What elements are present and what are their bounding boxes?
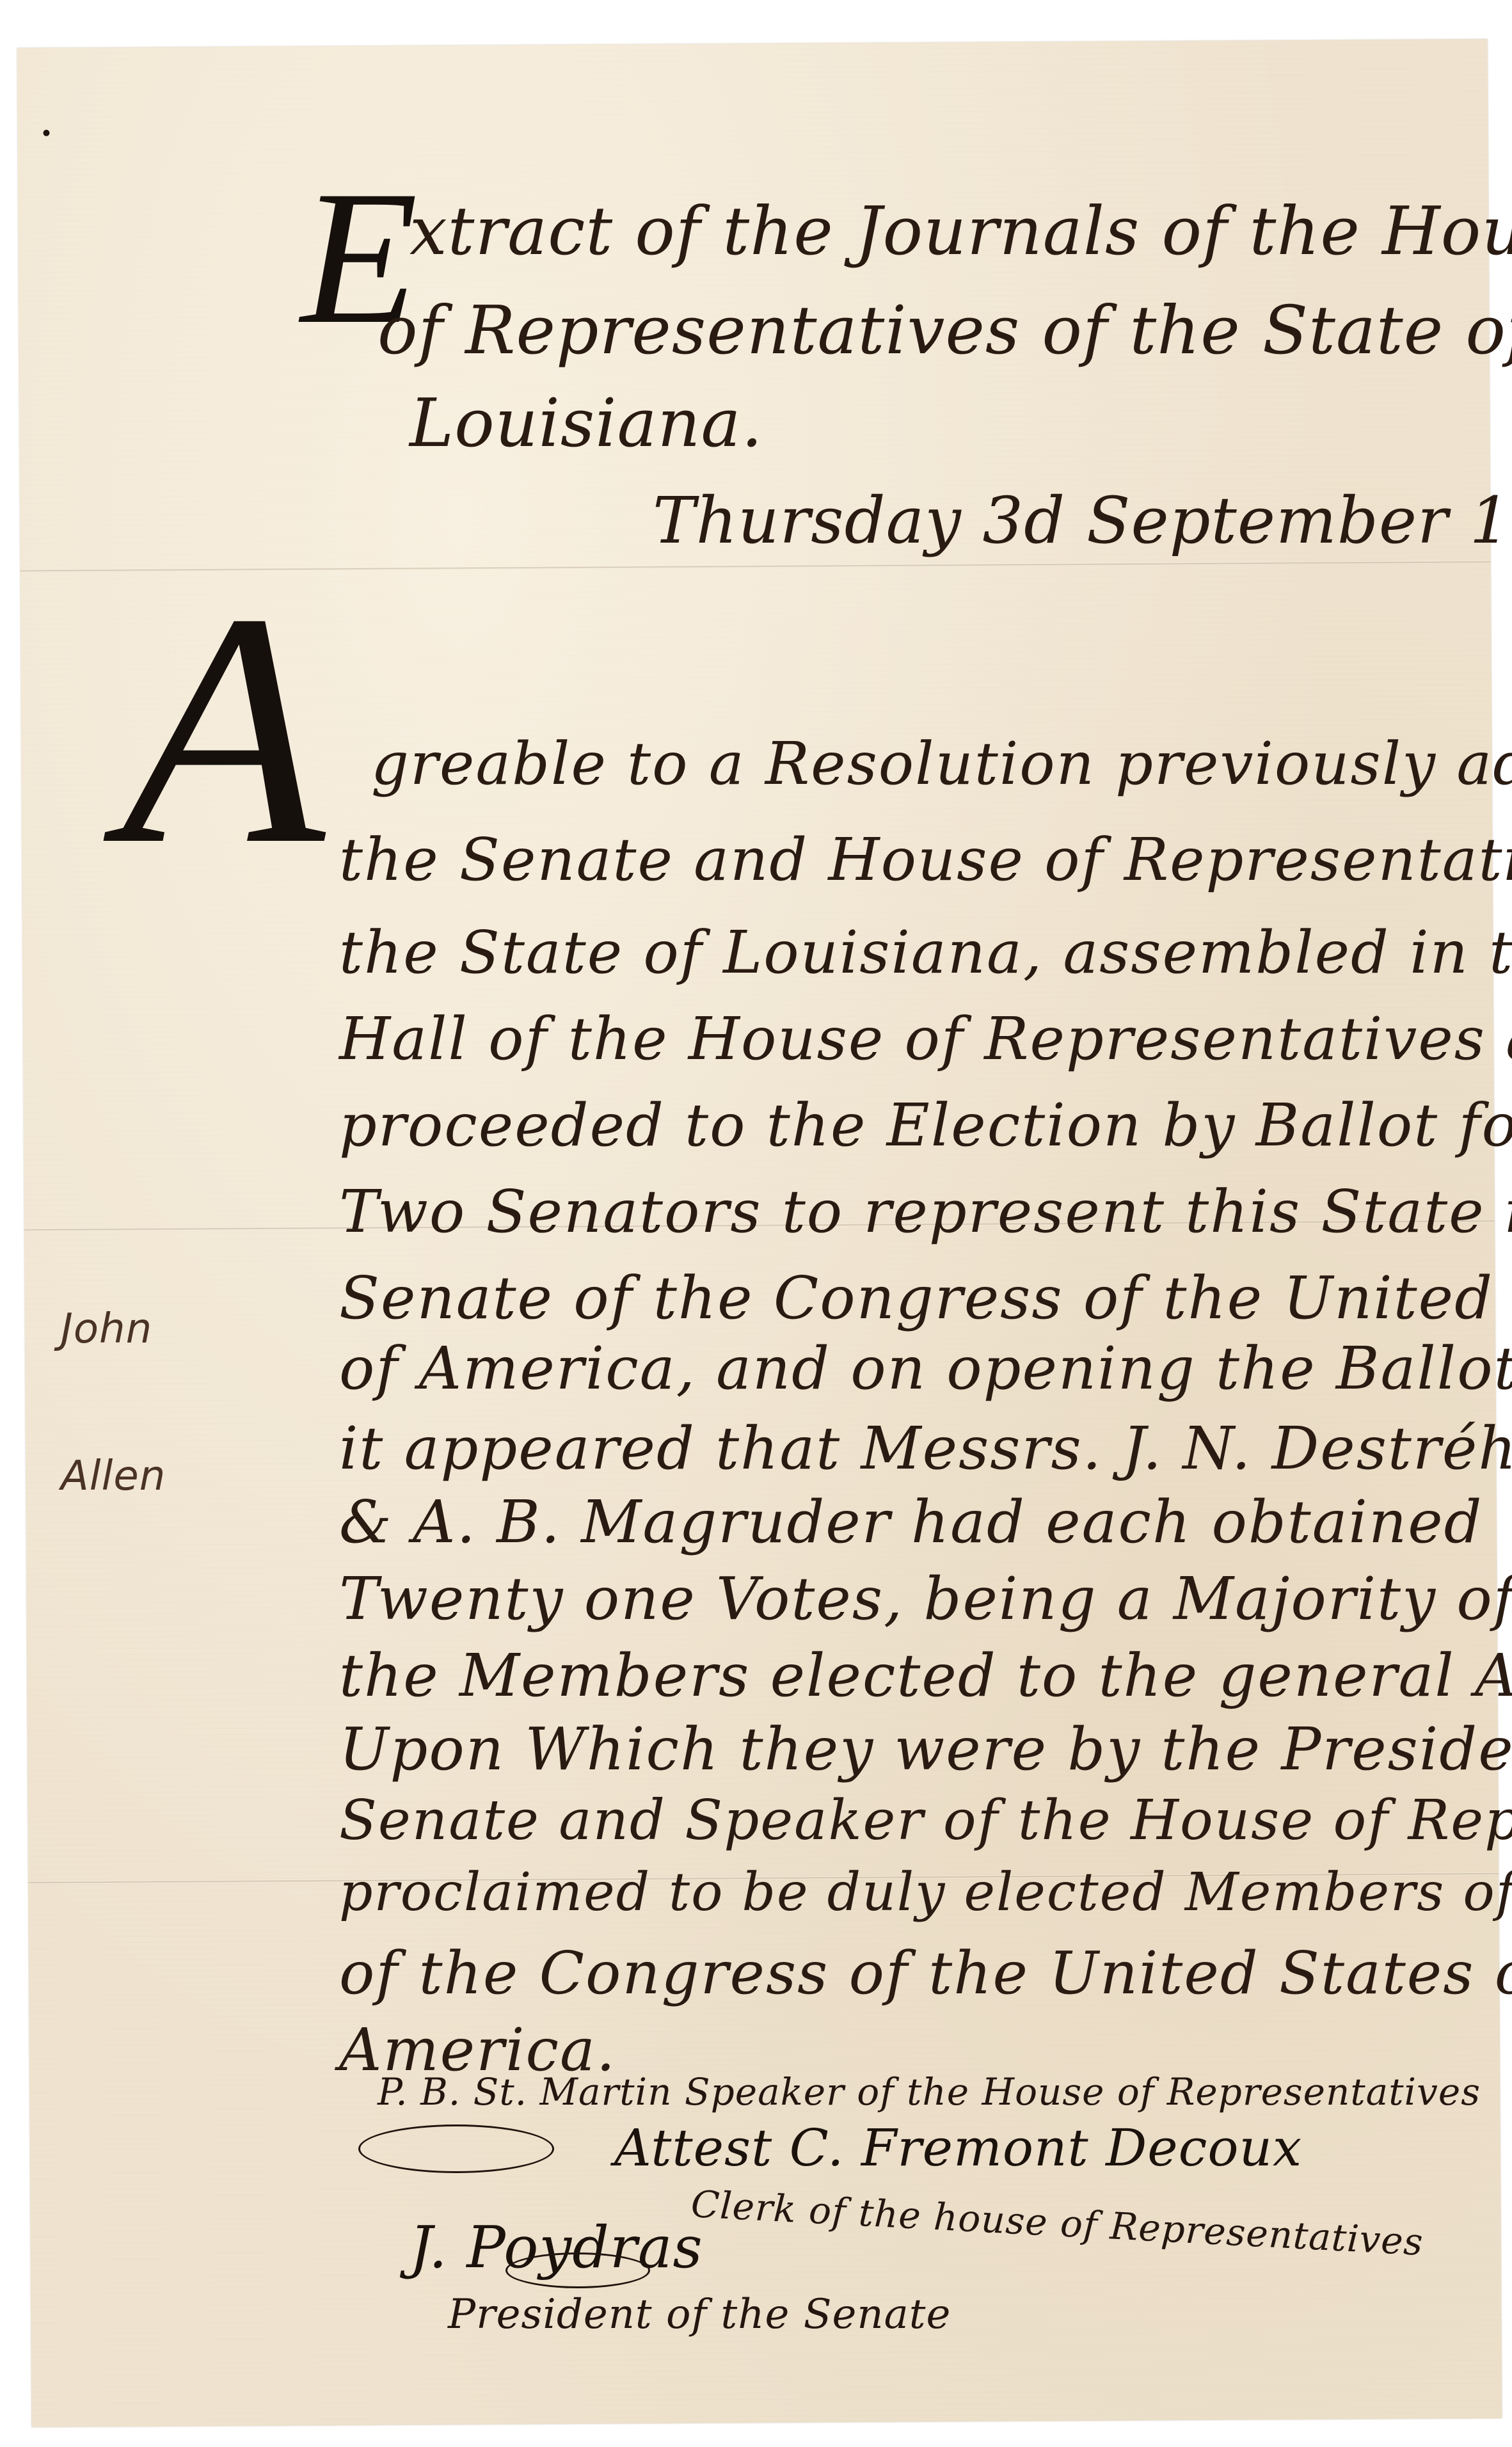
body-line: the State of Louisiana, assembled in the (339, 918, 1512, 987)
body-line: of the Congress of the United States of (339, 1939, 1512, 2007)
signature-flourish-icon (358, 2124, 554, 2173)
body-line: proceeded to the Election by Ballot for … (339, 1091, 1512, 1160)
body-line: the Members elected to the general Assem… (339, 1641, 1512, 1710)
president-title: President of the Senate (448, 2291, 951, 2338)
body-initial: A (122, 563, 325, 896)
attest-signature: Attest C. Fremont Decoux (614, 2118, 1302, 2178)
body-line: greable to a Resolution previously adopt… (371, 729, 1512, 798)
title-line-3: Louisiana. (410, 384, 763, 462)
speaker-signature: P. B. St. Martin Speaker of the House of… (378, 2070, 1481, 2114)
body-line: Two Senators to represent this State in … (339, 1177, 1512, 1246)
body-line: of America, and on opening the Ballot (339, 1334, 1512, 1403)
body-line: Twenty one Votes, being a Majority of al… (339, 1565, 1512, 1633)
body-line: Upon Which they were by the President of… (339, 1715, 1512, 1783)
title-line-1: xtract of the Journals of the House (410, 192, 1512, 270)
margin-note-last-name: Allen (61, 1453, 166, 1500)
body-line: & A. B. Magruder had each obtained (339, 1488, 1483, 1556)
body-line: the Senate and House of Representatives … (339, 825, 1512, 894)
body-line: it appeared that Messrs. J. N. Destréhan (339, 1414, 1512, 1483)
body-line: proclaimed to be duly elected Members of… (339, 1862, 1512, 1923)
document-date: Thursday 3d September 1812. (653, 483, 1512, 558)
body-line: Senate and Speaker of the House of Repre… (339, 1789, 1512, 1853)
signature-paraph-icon (505, 2252, 650, 2288)
body-line: Hall of the House of Representatives and (339, 1005, 1512, 1073)
body-line: Senate of the Congress of the United Sta… (339, 1264, 1512, 1332)
margin-note-first-name: John (61, 1305, 152, 1353)
ink-spot (43, 130, 49, 136)
title-line-2: of Representatives of the State of (378, 291, 1512, 369)
